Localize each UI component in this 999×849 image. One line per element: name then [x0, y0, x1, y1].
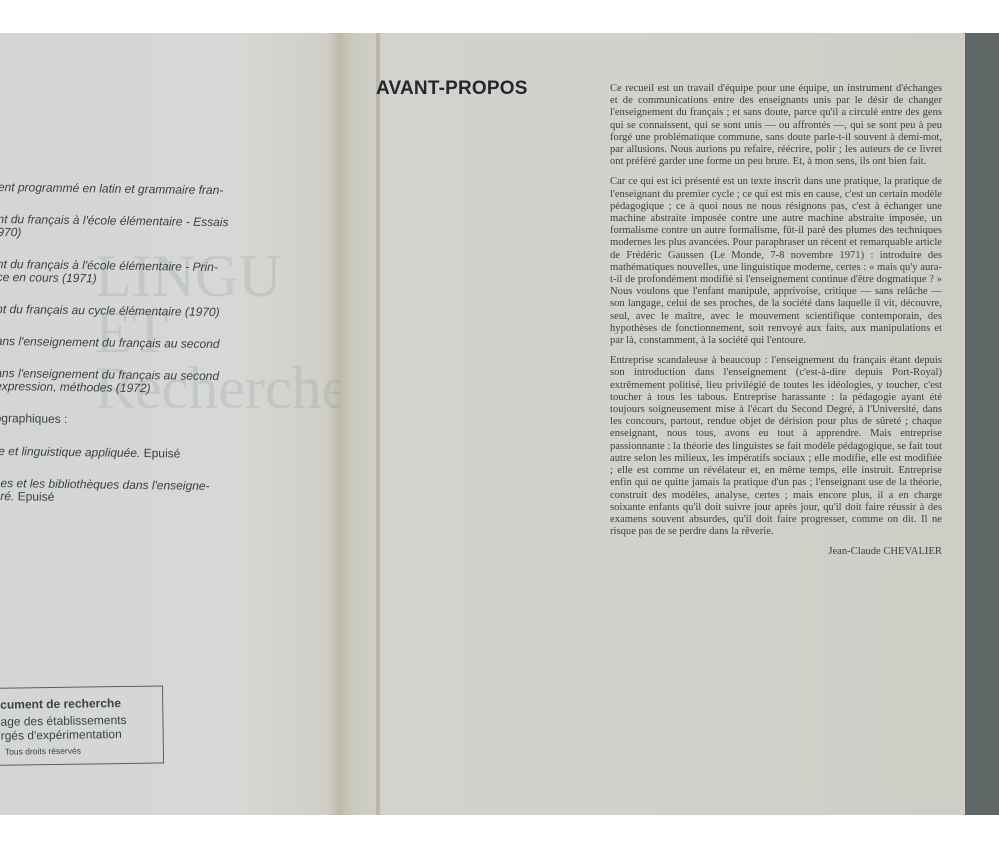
research-document-stamp: cument de recherche age des établissemen… [0, 685, 164, 766]
bibliography-status: Epuisé [144, 446, 181, 461]
bibliography-entry: re et linguistique appliquée. Epuisé [0, 445, 264, 462]
page-title: AVANT-PROPOS [376, 78, 528, 100]
paragraph: Entreprise scandaleuse à beaucoup : l'en… [610, 355, 942, 538]
page-fold [376, 33, 380, 815]
stamp-line: rgés d'expérimentation [1, 727, 122, 743]
bibliography-entry: nes et les bibliothèques dans l'enseigne… [0, 477, 264, 507]
list-entry: ent programmé en latin et grammaire fran… [0, 181, 268, 198]
bibliography-title-cont: gré. [0, 489, 14, 503]
list-entry: nt du français au cycle élémentaire (197… [0, 303, 266, 320]
left-page: LINGUETRecherche ent programmé en latin … [0, 33, 340, 815]
stamp-line: cument de recherche [0, 696, 121, 712]
right-page: AVANT-PROPOS Ce recueil est un travail d… [340, 33, 965, 815]
list-entry: ans l'enseignement du français au second… [0, 367, 265, 397]
bibliography-title: re et linguistique appliquée. [0, 444, 140, 460]
publication-list: ent programmé en latin et grammaire fran… [0, 181, 268, 526]
book-spread: LINGUETRecherche ent programmé en latin … [0, 33, 999, 815]
author-signature: Jean-Claude CHEVALIER [610, 546, 942, 558]
bibliography-status: Epuisé [18, 489, 55, 504]
foreword-body: Ce recueil est un travail d'équipe pour … [610, 83, 942, 559]
paragraph: Car ce qui est ici présenté est un texte… [610, 176, 942, 347]
stamp-rights: Tous droits réservés [5, 746, 81, 757]
bibliography-heading: ographiques : [0, 412, 265, 429]
list-entry: nt du français à l'école élémentaire - P… [0, 258, 267, 288]
list-entry: nt du français à l'école élémentaire - E… [0, 213, 268, 243]
paragraph: Ce recueil est un travail d'équipe pour … [610, 83, 942, 168]
list-entry: ans l'enseignement du français au second [0, 335, 266, 352]
